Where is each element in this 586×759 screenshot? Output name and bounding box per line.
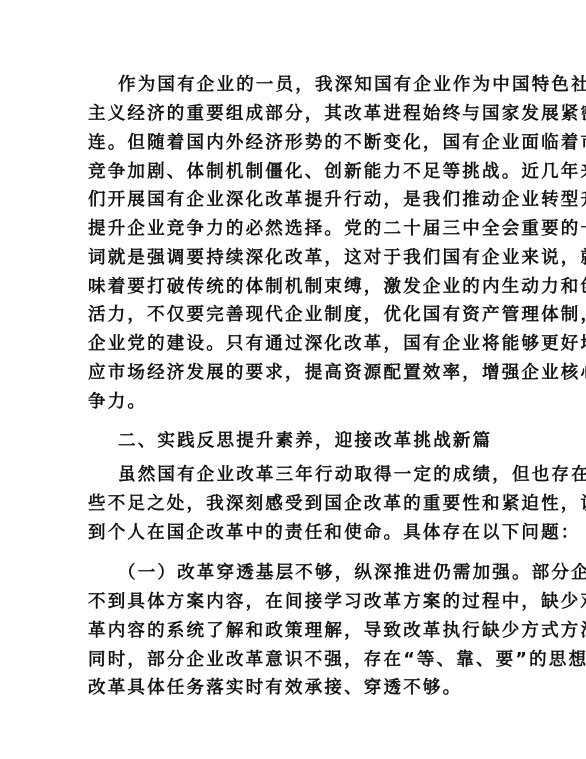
paragraph-1-line-8: 味着要打破传统的体制机制束缚，激发企业的内生动力和创新 <box>88 276 496 298</box>
paragraph-1-line-12: 争力。 <box>88 391 496 413</box>
section-heading: 二、实践反思提升素养，迎接改革挑战新篇 <box>118 430 496 452</box>
paragraph-2-line-2: 些不足之处，我深刻感受到国企改革的重要性和紧迫性，认识 <box>88 493 496 515</box>
document-page: 作为国有企业的一员，我深知国有企业作为中国特色社会 主义经济的重要组成部分，其改… <box>0 0 586 759</box>
paragraph-2-line-3: 到个人在国企改革中的责任和使命。具体存在以下问题： <box>88 522 496 544</box>
paragraph-1-line-5: 们开展国有企业深化改革提升行动，是我们推动企业转型升级、 <box>88 189 496 211</box>
paragraph-3-line-4: 同时，部分企业改革意识不强，存在“等、靠、要”的思想，在 <box>88 649 496 671</box>
paragraph-3-line-1: （一）改革穿透基层不够，纵深推进仍需加强。部分企业看 <box>118 562 496 584</box>
paragraph-2-line-1: 虽然国有企业改革三年行动取得一定的成绩，但也存在一 <box>118 464 496 486</box>
paragraph-3-line-3: 革内容的系统了解和政策理解，导致改革执行缺少方式方法。 <box>88 620 496 642</box>
paragraph-1-line-11: 应市场经济发展的要求，提高资源配置效率，增强企业核心竞 <box>88 362 496 384</box>
paragraph-1-line-9: 活力，不仅要完善现代企业制度，优化国有资产管理体制，加强 <box>88 304 496 326</box>
paragraph-1-line-1: 作为国有企业的一员，我深知国有企业作为中国特色社会 <box>118 74 496 96</box>
paragraph-1-line-2: 主义经济的重要组成部分，其改革进程始终与国家发展紧密相 <box>88 103 496 125</box>
paragraph-1-line-7: 词就是强调要持续深化改革，这对于我们国有企业来说，就意 <box>88 247 496 269</box>
paragraph-1-line-10: 企业党的建设。只有通过深化改革，国有企业将能够更好地适 <box>88 333 496 355</box>
paragraph-1-line-4: 竞争加剧、体制机制僵化、创新能力不足等挑战。近几年来，我 <box>88 161 496 183</box>
paragraph-3-line-2: 不到具体方案内容，在间接学习改革方案的过程中，缺少对改 <box>88 591 496 613</box>
paragraph-1-line-3: 连。但随着国内外经济形势的不断变化，国有企业面临着市场 <box>88 132 496 154</box>
paragraph-1-line-6: 提升企业竞争力的必然选择。党的二十届三中全会重要的一个 <box>88 218 496 240</box>
paragraph-3-line-5: 改革具体任务落实时有效承接、穿透不够。 <box>88 677 496 699</box>
